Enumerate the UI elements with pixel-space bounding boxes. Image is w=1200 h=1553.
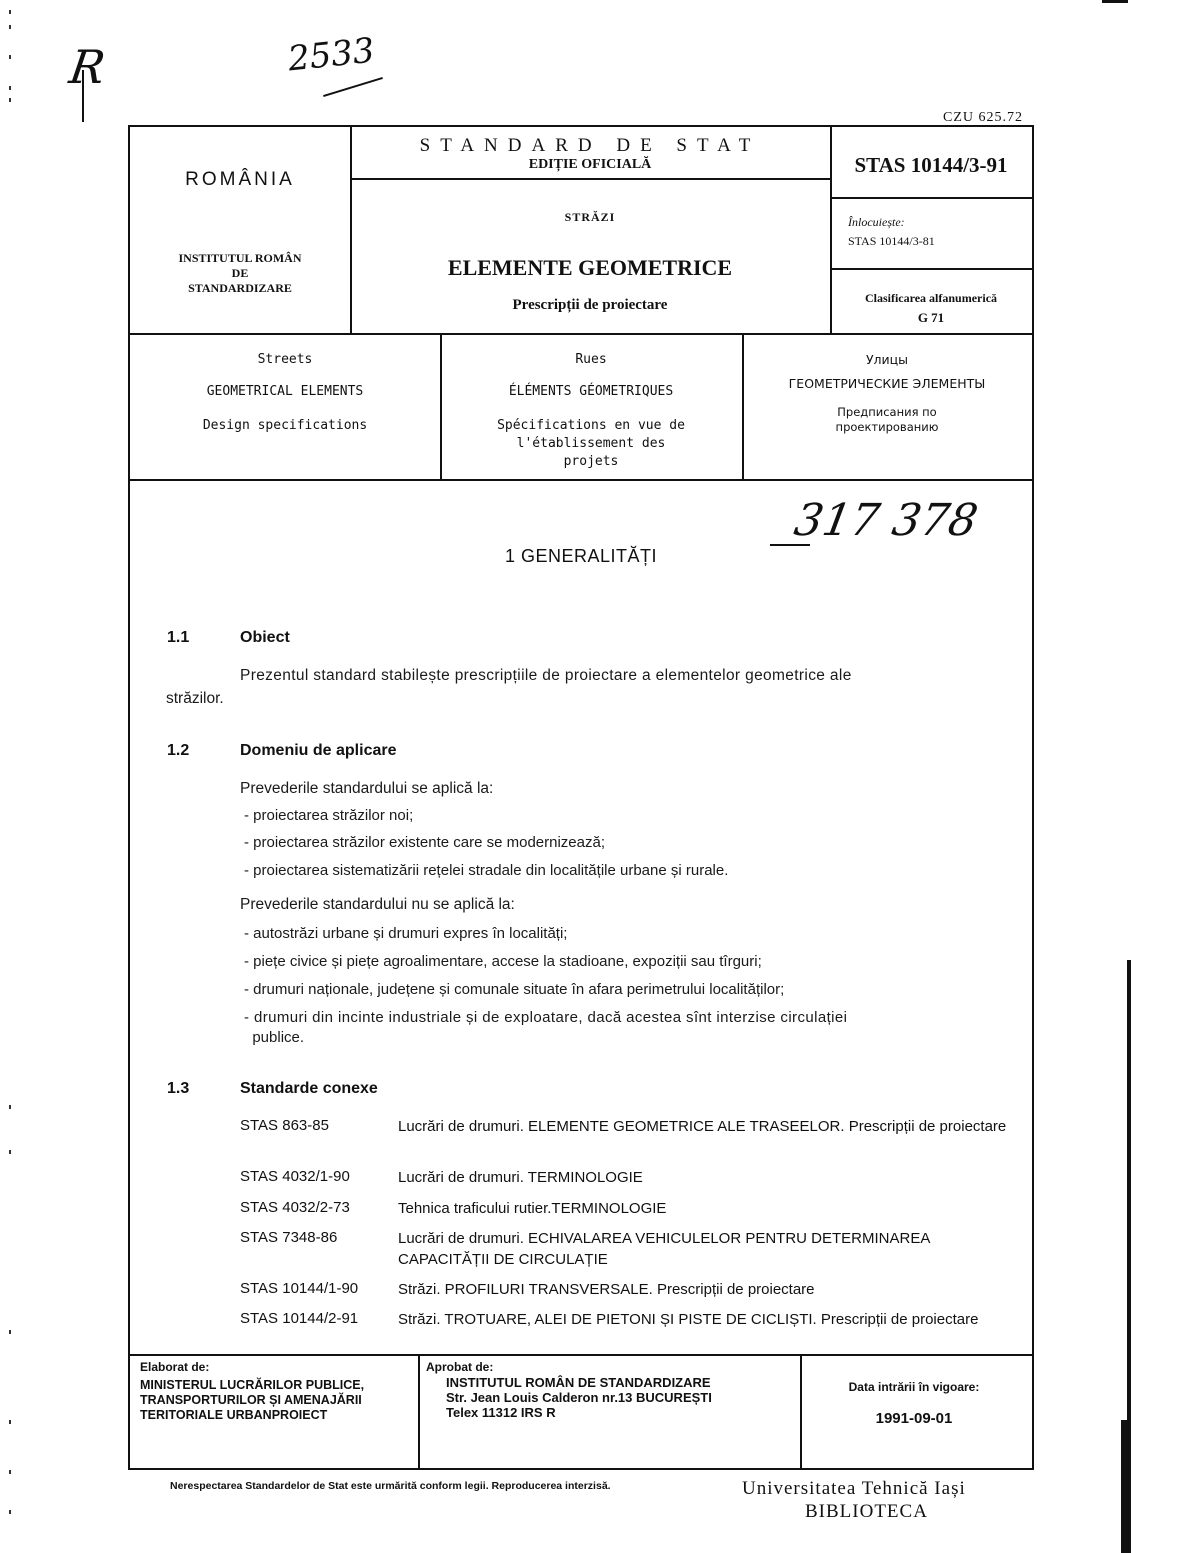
subsection-number: 1.1 [167,629,189,647]
approved-line: INSTITUTUL ROMÂN DE STANDARDIZARE [446,1375,712,1390]
scan-speck [9,86,11,90]
code-cell: STAS 10144/3-91 Înlocuiește: STAS 10144/… [830,127,1032,333]
institute-name: INSTITUTUL ROMÂN DE STANDARDIZARE [130,251,350,296]
scan-speck [9,1150,11,1154]
translation-line: Предписания по [742,405,1032,420]
effective-date-label: Data intrării în vigoare: [800,1380,1028,1394]
translation-title: ГЕОМЕТРИЧЕСКИЕ ЭЛЕМЕНТЫ [742,375,1032,393]
footer-table: Elaborat de: MINISTERUL LUCRĂRILOR PUBLI… [128,1354,1034,1470]
translation-title: ÉLÉMENTS GÉOMETRIQUES [440,383,742,401]
elaborated-by-value: MINISTERUL LUCRĂRILOR PUBLICE, TRANSPORT… [140,1378,364,1423]
divider [350,178,830,180]
translation-line: Spécifications en vue de [440,417,742,435]
handwritten-underline [323,77,383,97]
scan-speck [9,25,11,29]
ref-code: STAS 4032/1-90 [240,1168,350,1185]
scan-edge-bar [1121,1420,1131,1553]
translation-category: Улицы [742,351,1032,369]
paragraph: Prezentul standard stabilește prescripți… [240,667,1010,685]
library-stamp: BIBLIOTECA [805,1501,928,1523]
handwritten-stroke [82,70,84,122]
handwritten-number: 2533 [286,31,376,80]
scan-speck [9,98,11,102]
ref-title: Lucrări de drumuri. ELEMENTE GEOMETRICE … [398,1116,1013,1137]
paragraph: străzilor. [166,690,224,708]
translation-subtitle: Предписания по проектированию [742,405,1032,435]
subsection-number: 1.3 [167,1080,189,1098]
ref-code: STAS 7348-86 [240,1229,337,1246]
translation-subtitle: Design specifications [130,417,440,435]
ref-title: Lucrări de drumuri. TERMINOLOGIE [398,1167,1013,1188]
scan-speck [9,1105,11,1109]
list-item: - autostrăzi urbane și drumuri expres în… [244,925,567,942]
subsection-title: Obiect [240,629,290,647]
effective-date-cell: Data intrării în vigoare: 1991-09-01 [800,1356,1032,1468]
divider [830,268,1032,270]
ref-code: STAS 863-85 [240,1117,329,1134]
body-frame [128,480,1034,1356]
translation-subtitle: Spécifications en vue de l'établissement… [440,417,742,471]
czu-code: CZU 625.72 [943,110,1023,126]
list-item-continuation: publice. [244,1029,304,1046]
edition-label: EDIȚIE OFICIALĂ [350,157,830,173]
classification-value: G 71 [830,310,1032,326]
stas-code: STAS 10144/3-91 [830,153,1032,178]
translation-russian: Улицы ГЕОМЕТРИЧЕСКИЕ ЭЛЕМЕНТЫ Предписани… [742,335,1032,479]
list-item: - proiectarea străzilor noi; [244,807,413,824]
institute-line: INSTITUTUL ROMÂN [130,251,350,266]
scan-edge-mark [1102,0,1128,3]
standard-de-stat-label: STANDARD DE STAT [350,135,830,157]
elaborated-line: TERITORIALE URBANPROIECT [140,1408,364,1423]
effective-date-value: 1991-09-01 [800,1410,1028,1427]
elaborated-by-label: Elaborat de: [140,1360,209,1374]
list-item: - drumuri din incinte industriale și de … [244,1009,1004,1026]
subsection-title: Standarde conexe [240,1080,378,1098]
replaces-label: Înlocuiește: [848,215,905,230]
list-item: - piețe civice și piețe agroalimentare, … [244,953,762,970]
translation-title: GEOMETRICAL ELEMENTS [130,383,440,401]
translations-table: Streets GEOMETRICAL ELEMENTS Design spec… [128,335,1034,481]
issuer-cell: ROMÂNIA INSTITUTUL ROMÂN DE STANDARDIZAR… [130,127,352,333]
translation-category: Rues [440,351,742,369]
scan-speck [9,10,11,14]
title-cell: STANDARD DE STAT EDIȚIE OFICIALĂ STRĂZI … [350,127,832,333]
scan-speck [9,55,11,59]
translation-line: проектированию [742,420,1032,435]
institute-line: STANDARDIZARE [130,281,350,296]
translation-line: l'établissement des [440,435,742,453]
divider [830,197,1032,199]
ref-title: Tehnica traficului rutier.TERMINOLOGIE [398,1198,1013,1219]
section-heading: 1 GENERALITĂȚI [505,546,657,567]
legal-notice: Nerespectarea Standardelor de Stat este … [170,1480,611,1492]
ref-title: Lucrări de drumuri. ECHIVALAREA VEHICULE… [398,1228,1013,1270]
paragraph: Prevederile standardului nu se aplică la… [240,896,515,914]
translation-line: projets [440,453,742,471]
approved-by-label: Aprobat de: [426,1360,493,1374]
ref-code: STAS 10144/2-91 [240,1310,358,1327]
scan-speck [9,1470,11,1474]
scan-speck [9,1330,11,1334]
approved-by-value: INSTITUTUL ROMÂN DE STANDARDIZARE Str. J… [446,1375,712,1420]
list-item: - proiectarea sistematizării rețelei str… [244,862,728,879]
translation-english: Streets GEOMETRICAL ELEMENTS Design spec… [130,335,442,479]
scan-speck [9,1510,11,1514]
approved-by-cell: Aprobat de: INSTITUTUL ROMÂN DE STANDARD… [418,1356,802,1468]
scan-speck [9,1420,11,1424]
classification-label: Clasificarea alfanumerică [830,291,1032,306]
subsection-number: 1.2 [167,742,189,760]
institute-line: DE [130,266,350,281]
elaborated-by-cell: Elaborat de: MINISTERUL LUCRĂRILOR PUBLI… [130,1356,420,1468]
replaces-value: STAS 10144/3-81 [848,234,935,249]
category-label: STRĂZI [350,210,830,225]
list-item: - drumuri naționale, județene și comunal… [244,981,784,998]
ref-code: STAS 4032/2-73 [240,1199,350,1216]
elaborated-line: TRANSPORTURILOR ȘI AMENAJĂRII [140,1393,364,1408]
ref-title: Străzi. TROTUARE, ALEI DE PIETONI ȘI PIS… [398,1309,1013,1330]
header-table: ROMÂNIA INSTITUTUL ROMÂN DE STANDARDIZAR… [128,125,1034,335]
document-subtitle: Prescripții de proiectare [350,297,830,314]
translation-category: Streets [130,351,440,369]
ref-title: Străzi. PROFILURI TRANSVERSALE. Prescrip… [398,1279,1013,1300]
paragraph: Prevederile standardului se aplică la: [240,780,493,798]
handwritten-initial: R [66,40,108,94]
translation-french: Rues ÉLÉMENTS GÉOMETRIQUES Spécification… [440,335,744,479]
list-item: - proiectarea străzilor existente care s… [244,834,605,851]
elaborated-line: MINISTERUL LUCRĂRILOR PUBLICE, [140,1378,364,1393]
library-stamp: Universitatea Tehnică Iași [742,1478,966,1500]
approved-line: Str. Jean Louis Calderon nr.13 BUCUREȘTI [446,1390,712,1405]
country-label: ROMÂNIA [130,169,350,191]
ref-code: STAS 10144/1-90 [240,1280,358,1297]
subsection-title: Domeniu de aplicare [240,742,397,760]
document-title: ELEMENTE GEOMETRICE [350,255,830,281]
approved-line: Telex 11312 IRS R [446,1405,712,1420]
